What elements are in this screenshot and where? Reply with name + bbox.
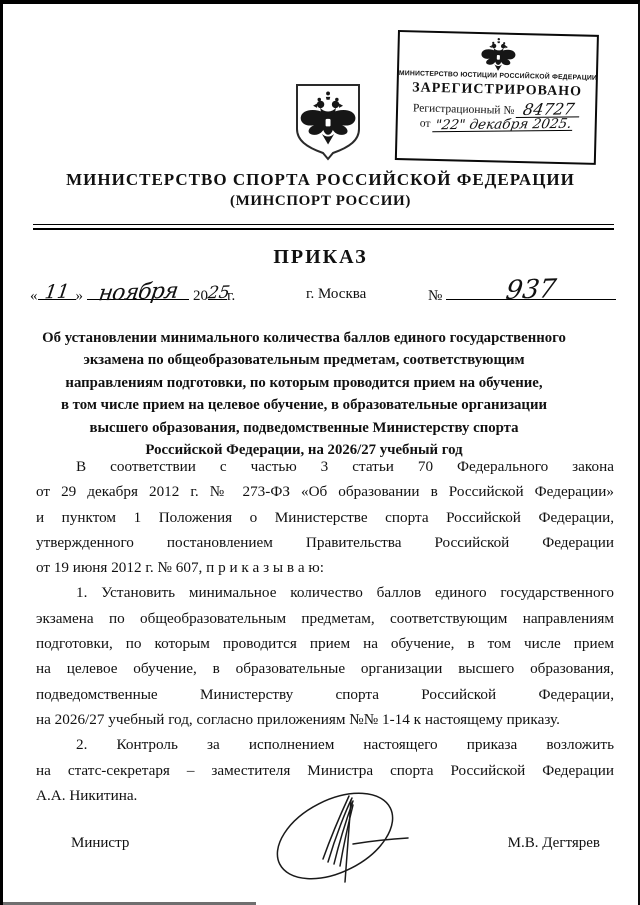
stamp-date-prefix: от (420, 118, 431, 130)
order-day-field: 11 (38, 285, 76, 300)
order-city: г. Москва (306, 286, 366, 303)
handwritten-signature-icon (265, 783, 415, 885)
subject-line-1: Об установлении минимального количества … (31, 327, 577, 349)
body-line: на целевое обучение, в образовательные о… (36, 656, 614, 681)
body-line: В соответствии с частью 3 статьи 70 Феде… (36, 454, 614, 479)
signatory-position: Министр (71, 835, 129, 852)
body-line: на статс-секретаря – заместителя Министр… (36, 758, 614, 783)
body-line: от 29 декабря 2012 г. № 273-ФЗ «Об образ… (36, 479, 614, 504)
body-line: 2. Контроль за исполнением настоящего пр… (36, 732, 614, 757)
stamp-coat-of-arms-icon (477, 36, 520, 72)
body-line: подготовки, по которым проводится прием … (36, 631, 614, 656)
stamp-date-value: "22" декабря 2025. (432, 118, 574, 133)
ministry-coat-of-arms-icon (291, 82, 365, 162)
stamp-registered-label: ЗАРЕГИСТРИРОВАНО (398, 80, 595, 101)
subject-line-5: высшего образования, подведомственные Ми… (31, 417, 577, 439)
signatory-name: М.В. Дегтярев (508, 835, 600, 852)
justice-registration-stamp: МИНИСТЕРСТВО ЮСТИЦИИ РОССИЙСКОЙ ФЕДЕРАЦИ… (395, 30, 599, 165)
order-number-group: №937 (428, 285, 616, 305)
subject-line-2: экзамена по общеобразовательным предмета… (31, 349, 577, 371)
ministry-title: МИНИСТЕРСТВО СПОРТА РОССИЙСКОЙ ФЕДЕРАЦИИ (3, 170, 638, 190)
order-number-field: 937 (446, 285, 616, 300)
scanned-order-document: МИНИСТЕРСТВО ЮСТИЦИИ РОССИЙСКОЙ ФЕДЕРАЦИ… (0, 0, 640, 905)
order-body: В соответствии с частью 3 статьи 70 Феде… (36, 454, 614, 808)
quote-close: » (76, 288, 84, 304)
body-line: на 2026/27 учебный год, согласно приложе… (36, 707, 614, 732)
body-line: и пунктом 1 Положения о Министерстве спо… (36, 505, 614, 530)
header-divider (33, 224, 614, 230)
ministry-short-name: (МИНСПОРТ РОССИИ) (3, 193, 638, 210)
stamp-reg-label: Регистрационный № (413, 102, 515, 116)
order-date-group: «11»ноября2025г. (30, 285, 235, 305)
body-line: экзамена по общеобразовательным предмета… (36, 606, 614, 631)
order-number-handwritten: 937 (444, 274, 619, 306)
subject-line-3: направлениям подготовки, по которым пров… (31, 372, 577, 394)
order-subject: Об установлении минимального количества … (31, 327, 577, 461)
stamp-date-line: от "22" декабря 2025. (398, 116, 595, 134)
order-month-field: ноября (87, 285, 189, 300)
order-heading: ПРИКАЗ (3, 246, 638, 269)
body-line: от 19 июня 2012 г. № 607, п р и к а з ы … (36, 555, 614, 580)
body-line: утвержденного постановлением Правительст… (36, 530, 614, 555)
body-line: 1. Установить минимальное количество бал… (36, 580, 614, 605)
order-month-handwritten: ноября (85, 280, 191, 306)
order-number-label: № (428, 288, 442, 304)
order-year-handwritten: 25 (207, 285, 229, 303)
subject-line-4: в том числе прием на целевое обучение, в… (31, 394, 577, 416)
order-day-handwritten: 11 (36, 282, 77, 302)
order-year-field: 25 (208, 285, 227, 300)
body-line: подведомственные Министерству спорта Рос… (36, 682, 614, 707)
